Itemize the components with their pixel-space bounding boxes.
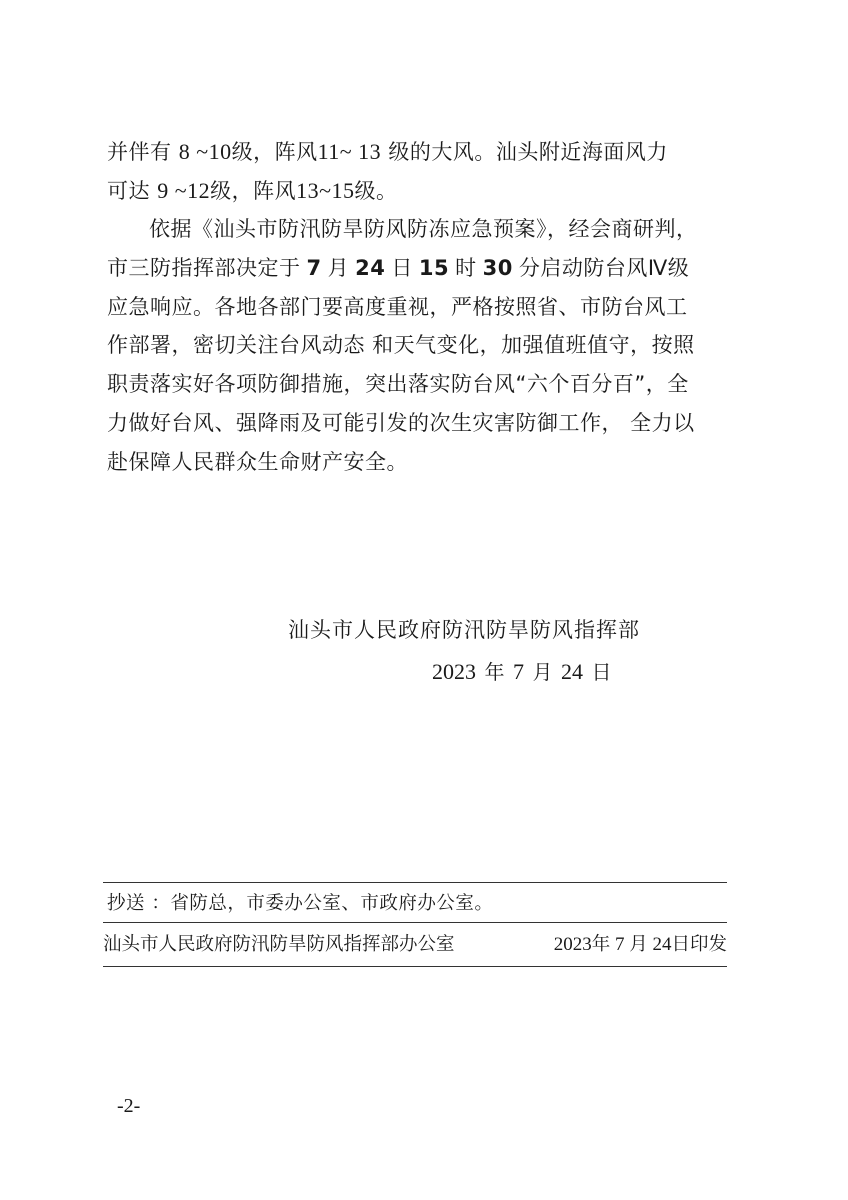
- day: 24: [652, 934, 671, 955]
- page-number: -2-: [117, 1095, 140, 1118]
- month-unit: 月: [533, 660, 553, 684]
- month-unit: 月: [629, 934, 648, 955]
- issue-date: 2023 年 7 月 24 日: [432, 656, 612, 685]
- footer-rule-bottom: [103, 966, 727, 967]
- print-date: 2023年 7 月 24日印发: [554, 930, 727, 956]
- paragraph-2-line-5: 职责落实好各项防御措施，突出落实防台风“六个百分百”，全: [107, 365, 747, 404]
- footer-rule-middle: [103, 922, 727, 923]
- printing-office: 汕头市人民政府防汛防旱防风指挥部办公室: [103, 930, 455, 956]
- text: 日: [391, 256, 413, 280]
- text: 时: [455, 256, 477, 280]
- text: 级。: [355, 179, 398, 203]
- month: 7: [513, 659, 524, 684]
- text: 分启动防台风Ⅳ级: [519, 256, 689, 280]
- response-month: 7: [301, 256, 328, 280]
- year: 2023: [554, 934, 592, 955]
- document-page: 并伴有 8 ~10级，阵风11~ 13 级的大风。汕头附近海面风力 可达 9 ~…: [0, 0, 848, 1200]
- text: 级，阵风: [232, 140, 318, 164]
- text: 并伴有: [107, 140, 179, 164]
- paragraph-2-line-7: 赴保障人民群众生命财产安全。: [107, 443, 747, 482]
- year-unit: 年: [485, 660, 505, 684]
- response-minute: 30: [477, 256, 519, 280]
- paragraph-2-line-1: 依据《汕头市防汛防旱防风防冻应急预案》，经会商研判，: [107, 210, 747, 249]
- month: 7: [615, 934, 625, 955]
- paragraph-2-line-6: 力做好台风、强降雨及可能引发的次生灾害防御工作， 全力以: [107, 404, 747, 443]
- paragraph-2-line-3: 应急响应。各地各部门要高度重视，严格按照省、市防台风工: [107, 288, 747, 327]
- day-unit: 日: [592, 660, 612, 684]
- gust-level-range: 11~ 13: [318, 139, 382, 164]
- text: 可达: [107, 179, 157, 203]
- print-suffix: 日印发: [671, 934, 727, 955]
- year-unit: 年: [592, 934, 611, 955]
- footer-rule-top: [103, 882, 727, 883]
- sea-wind-level-range: 9 ~12: [157, 178, 210, 203]
- text: 级的大风。汕头附近海面风力: [381, 140, 668, 164]
- print-info: 汕头市人民政府防汛防旱防风指挥部办公室 2023年 7 月 24日印发: [103, 930, 727, 956]
- paragraph-1-line-1: 并伴有 8 ~10级，阵风11~ 13 级的大风。汕头附近海面风力: [107, 133, 747, 172]
- issuer-signature: 汕头市人民政府防汛防旱防风指挥部: [288, 614, 640, 644]
- wind-level-range: 8 ~10: [179, 139, 232, 164]
- text: 月: [328, 256, 350, 280]
- response-day: 24: [349, 256, 391, 280]
- cc-recipients: 抄送 ：省防总，市委办公室、市政府办公室。: [107, 889, 493, 915]
- sea-gust-level-range: 13~15: [296, 178, 354, 203]
- day: 24: [561, 659, 583, 684]
- year: 2023: [432, 659, 476, 684]
- response-hour: 15: [413, 256, 455, 280]
- text: 市三防指挥部决定于: [107, 256, 301, 280]
- body-text: 并伴有 8 ~10级，阵风11~ 13 级的大风。汕头附近海面风力 可达 9 ~…: [107, 133, 747, 481]
- paragraph-2-line-2: 市三防指挥部决定于7月24日15时30分启动防台风Ⅳ级: [107, 249, 747, 288]
- paragraph-1-line-2: 可达 9 ~12级，阵风13~15级。: [107, 172, 747, 211]
- paragraph-2-line-4: 作部署，密切关注台风动态 和天气变化，加强值班值守，按照: [107, 326, 747, 365]
- text: 级，阵风: [210, 179, 296, 203]
